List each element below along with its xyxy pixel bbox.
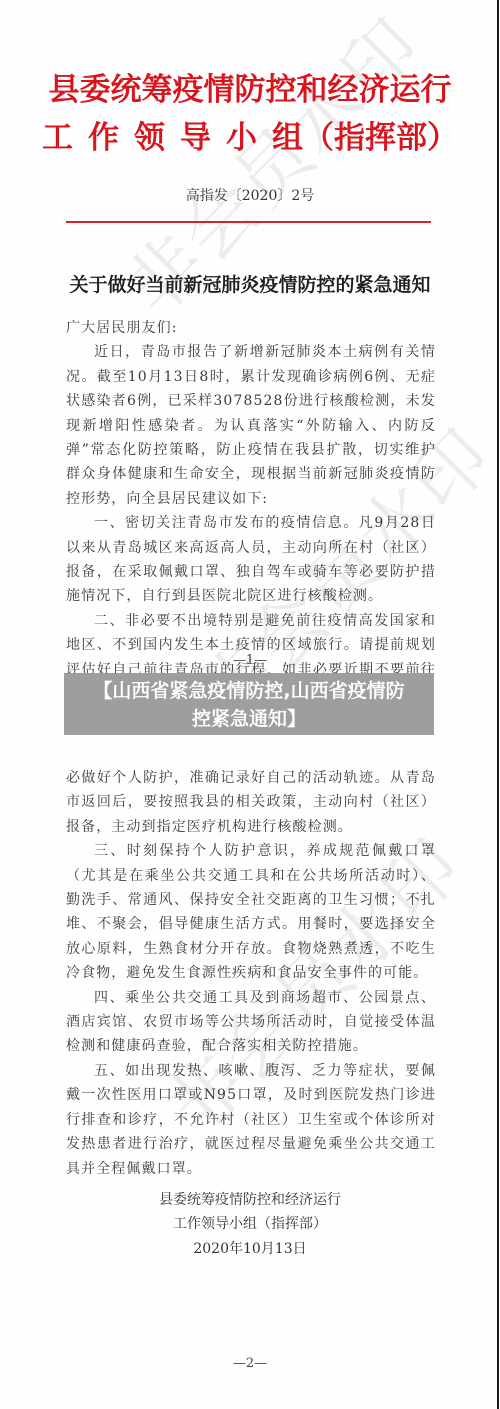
notice-body-page1: 广大居民朋友们: 近日，青岛市报告了新增新冠肺炎本土病例有关情况。截至10月13… [66,316,436,707]
notice-body-page2: 必做好个人防护，准确记录好自己的活动轨迹。从青岛市返回后，要按照我县的相关政策，… [66,766,436,1181]
red-separator-line [66,221,431,223]
paragraph: 四、乘坐公共交通工具及到商场超市、公园景点、酒店宾馆、农贸市场等公共场所活动时，… [66,986,436,1059]
org-char: 领 [134,112,165,157]
notice-title: 关于做好当前新冠肺炎疫情防控的紧急通知 [0,270,500,297]
org-char: 小 [226,112,257,157]
paragraph: 三、时刻保持个人防护意识，养成规范佩戴口罩（尤其是在乘坐公共交通工具和在公共场所… [66,839,436,985]
org-char: 作 [88,112,119,157]
banner-line1: 【山西省紧急疫情防控,山西省疫情防 [64,677,434,705]
org-char: 组 [272,112,303,157]
paragraph: 一、密切关注青岛市发布的疫情信息。凡9月28日以来从青岛城区来高返高人员，主动向… [66,511,436,609]
org-char: （指挥部） [303,112,458,157]
salutation: 广大居民朋友们: [66,316,436,340]
org-char: 导 [180,112,211,157]
issuing-org-line2: 工作领导小组（指挥部） [0,112,500,157]
paragraph: 近日，青岛市报告了新增新冠肺炎本土病例有关情况。截至10月13日8时，累计发现确… [66,340,436,511]
signature-date: 2020年10月13日 [0,1237,500,1261]
paragraph: 五、如出现发热、咳嗽、腹泻、乏力等症状，要佩戴一次性医用口罩或N95口罩，及时到… [66,1059,436,1181]
right-edge-border [497,0,499,1409]
article-title-banner: 【山西省紧急疫情防控,山西省疫情防 控紧急通知】 [64,673,434,735]
signature-org-line1: 县委统筹疫情防控和经济运行 [0,1188,500,1212]
banner-line2: 控紧急通知】 [64,705,434,733]
issuing-org-line1: 县委统筹疫情防控和经济运行 [0,64,500,109]
paragraph: 必做好个人防护，准确记录好自己的活动轨迹。从青岛市返回后，要按照我县的相关政策，… [66,766,436,839]
document-number: 高指发〔2020〕2号 [0,185,500,205]
page-number: —1— [0,653,500,668]
org-char: 工 [42,112,73,157]
signature-org-line2: 工作领导小组（指挥部） [0,1212,500,1236]
document-page: 非会员水印 非会员水印 非会员水印 县委统筹疫情防控和经济运行 工作领导小组（指… [0,0,500,1409]
page-number: —2— [0,1356,500,1371]
